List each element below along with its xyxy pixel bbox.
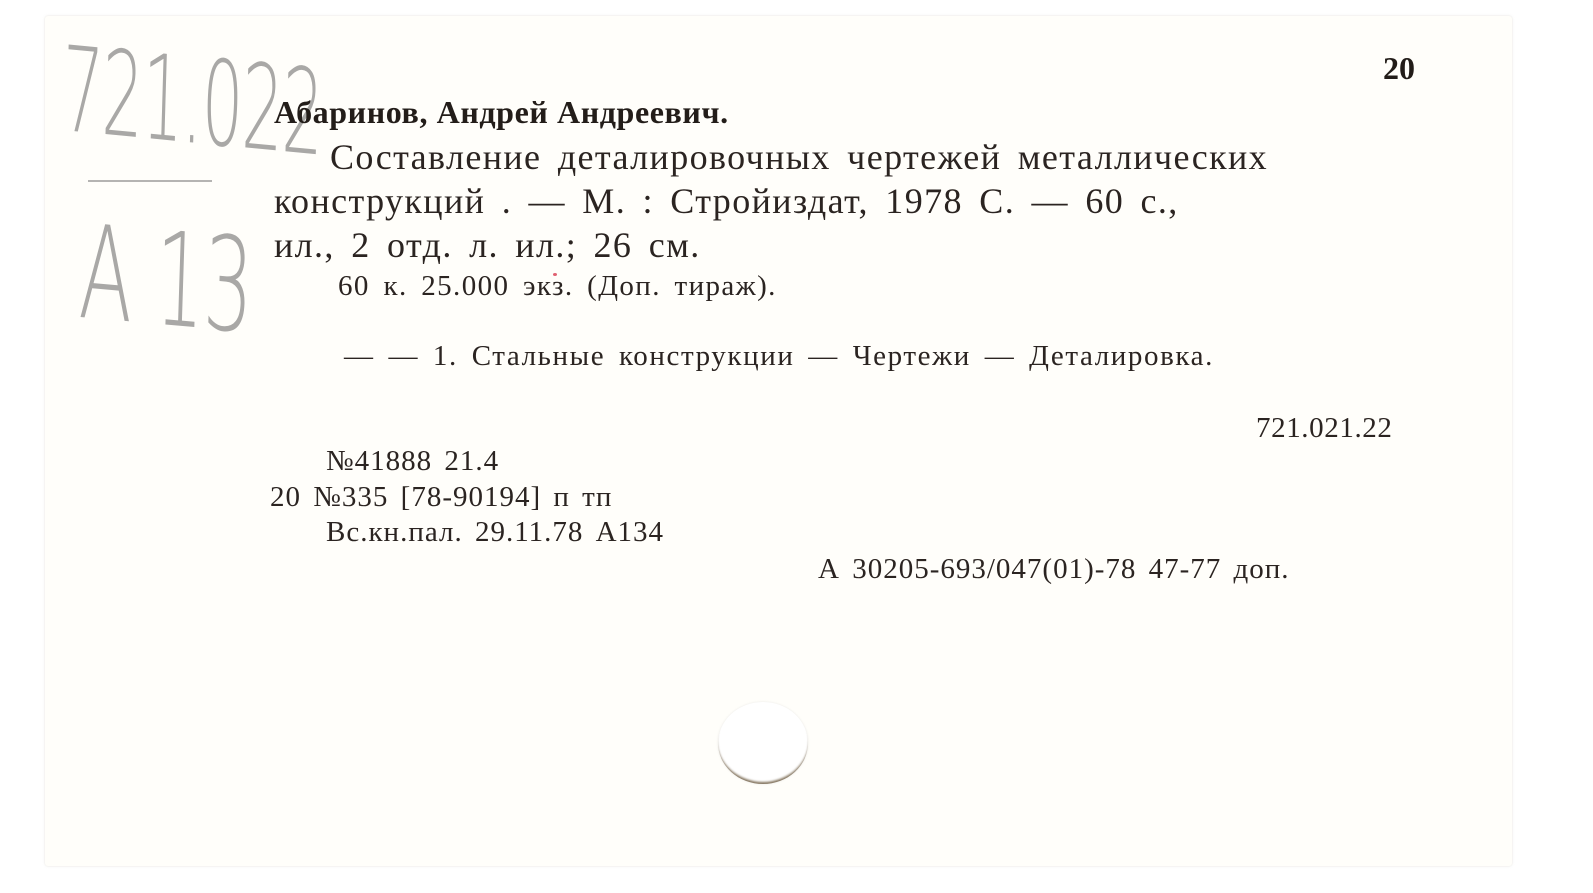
- title-line-3: ил., 2 отд. л. ил.; 26 см.: [274, 224, 701, 266]
- order-info-line-3: Вс.кн.пал. 29.11.78 А134: [326, 516, 664, 549]
- order-info-line-2: 20 №335 [78-90194] п тп: [270, 481, 612, 514]
- title-line-2: конструкций . — М. : Стройиздат, 1978 С.…: [274, 180, 1179, 222]
- handwritten-author-mark: А 13: [77, 196, 254, 363]
- pencil-divider: [88, 180, 212, 182]
- red-ink-mark: [553, 273, 557, 276]
- publication-index: А 30205-693/047(01)-78 47-77 доп.: [818, 553, 1290, 586]
- udc-code: 721.021.22: [1256, 412, 1393, 445]
- subject-headings: — — 1. Стальные конструкции — Чертежи — …: [344, 340, 1214, 373]
- order-info-line-1: №41888 21.4: [326, 445, 499, 478]
- punch-hole: [718, 702, 808, 784]
- title-line-1: Составление деталировочных чертежей мета…: [330, 136, 1268, 178]
- page-number: 20: [1383, 50, 1415, 87]
- author-heading: Абаринов, Андрей Андреевич.: [274, 94, 729, 131]
- price-print-run: 60 к. 25.000 экз. (Доп. тираж).: [338, 270, 777, 303]
